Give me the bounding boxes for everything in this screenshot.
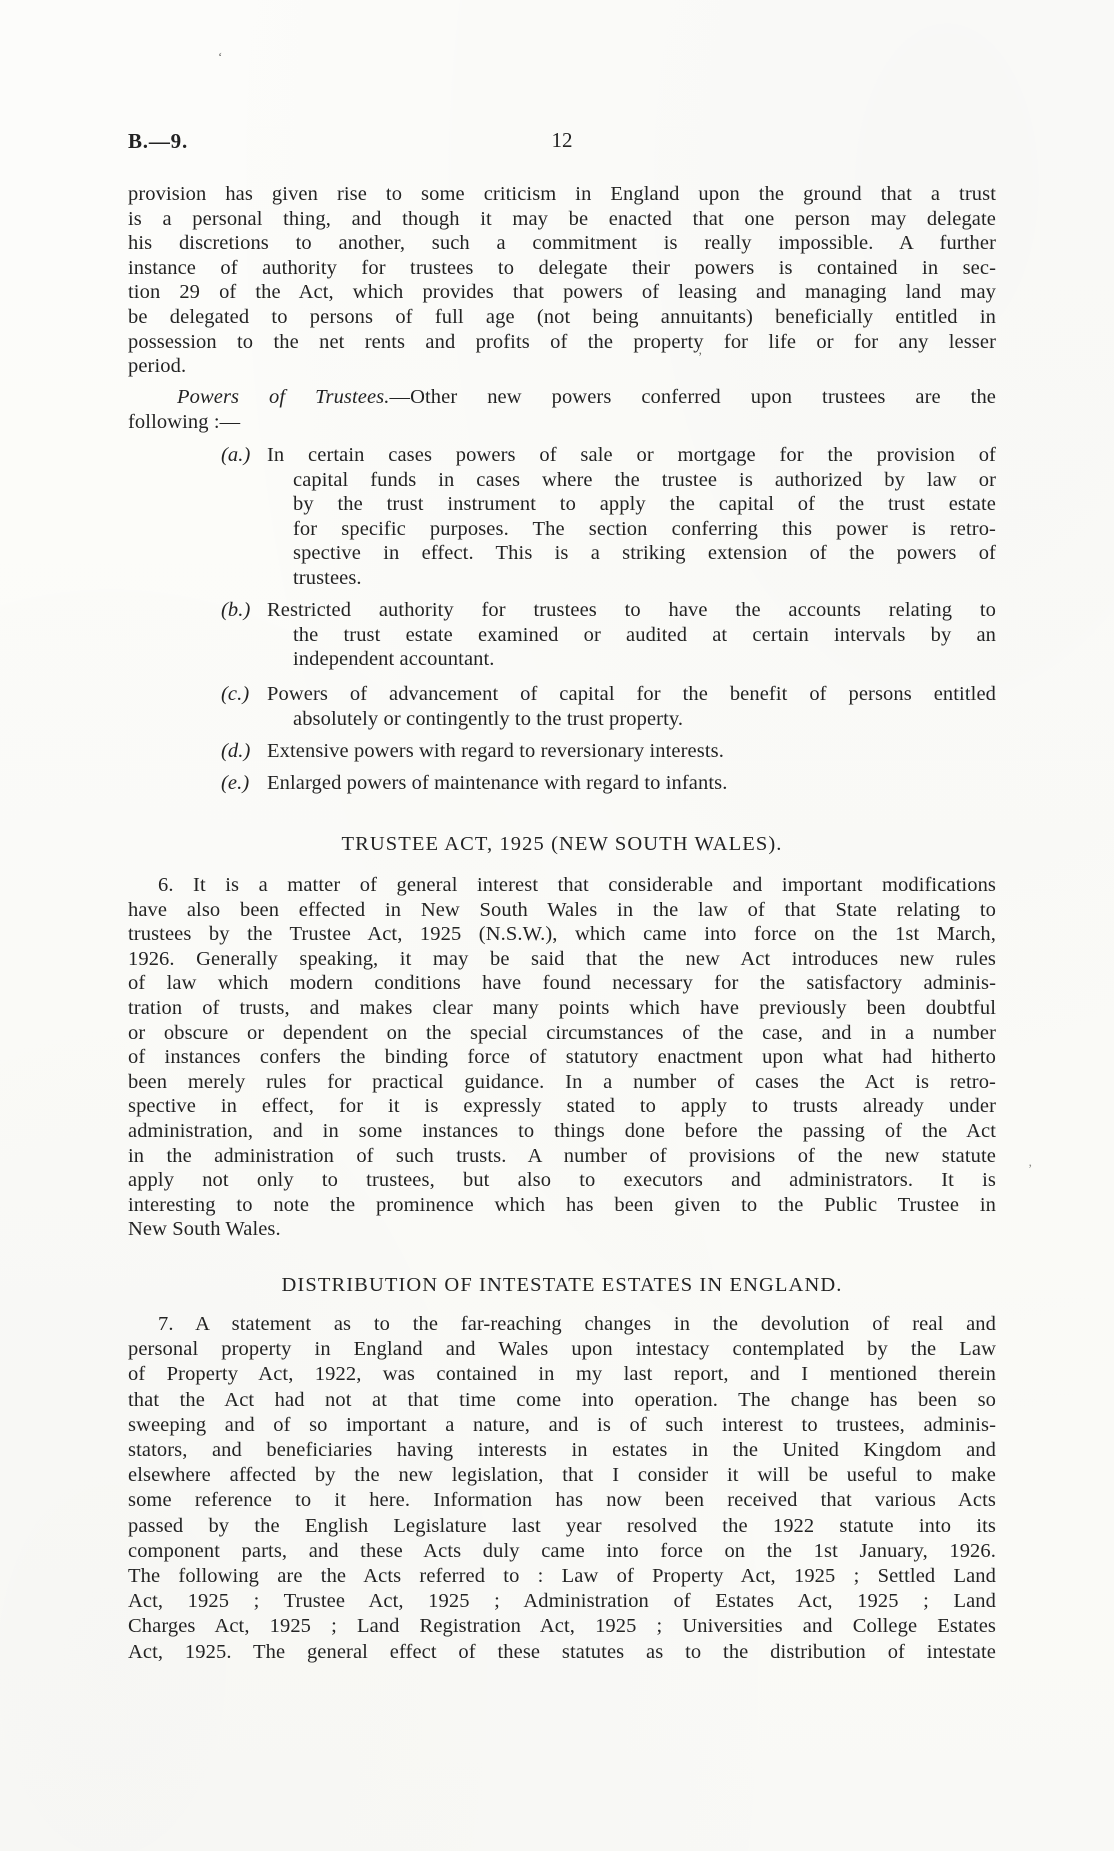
powers-of-trustees-lead: Powers of Trustees.: [177, 386, 390, 408]
list-item-e: (e.) Enlarged powers of maintenance with…: [293, 771, 996, 796]
heading-distribution-intestate-estates: DISTRIBUTION OF INTESTATE ESTATES IN ENG…: [128, 1273, 996, 1298]
paragraph-7: 7. A statement as to the far-reaching ch…: [128, 1312, 996, 1665]
paragraph-powers-of-trustees: Powers of Trustees.—Other new powers con…: [128, 385, 996, 434]
scan-artifact: ‘: [218, 52, 222, 62]
paragraph-6-lines: 6. It is a matter of general interest th…: [128, 873, 996, 1242]
page-number: 12: [128, 128, 996, 153]
powers-of-trustees-line2: following :—: [128, 410, 996, 435]
list-item-c: (c.) Powers of advancement of capital fo…: [293, 682, 996, 731]
paragraph-6: 6. It is a matter of general interest th…: [128, 873, 996, 1242]
list-item-e-lines: Enlarged powers of maintenance with rega…: [293, 771, 996, 796]
paragraph-7-lines: 7. A statement as to the far-reaching ch…: [128, 1312, 996, 1665]
list-item-a-lines: In certain cases powers of sale or mortg…: [293, 443, 996, 591]
paragraph-provision: provision has given rise to some critici…: [128, 182, 996, 379]
list-item-d: (d.) Extensive powers with regard to rev…: [293, 739, 996, 764]
list-item-e-label: (e.): [221, 771, 249, 796]
list-item-b-label: (b.): [221, 598, 250, 623]
list-item-a-label: (a.): [221, 443, 250, 468]
list-item-c-lines: Powers of advancement of capital for the…: [293, 682, 996, 731]
scan-artifact: ’: [1028, 1164, 1032, 1174]
scanned-report-page: B.—9. 12 provision has given rise to som…: [0, 0, 1114, 1851]
powers-of-trustees-line1: Powers of Trustees.—Other new powers con…: [128, 385, 996, 410]
list-item-a: (a.) In certain cases powers of sale or …: [293, 443, 996, 591]
heading-trustee-act: TRUSTEE ACT, 1925 (NEW SOUTH WALES).: [128, 832, 996, 857]
scan-artifact: ’: [698, 352, 702, 362]
list-item-c-label: (c.): [221, 682, 249, 707]
list-item-b: (b.) Restricted authority for trustees t…: [293, 598, 996, 672]
list-item-b-lines: Restricted authority for trustees to hav…: [293, 598, 996, 672]
powers-of-trustees-line1-rest: —Other new powers conferred upon trustee…: [390, 386, 997, 408]
list-item-d-lines: Extensive powers with regard to reversio…: [293, 739, 996, 764]
paragraph-provision-lines: provision has given rise to some critici…: [128, 182, 996, 379]
list-item-d-label: (d.): [221, 739, 250, 764]
